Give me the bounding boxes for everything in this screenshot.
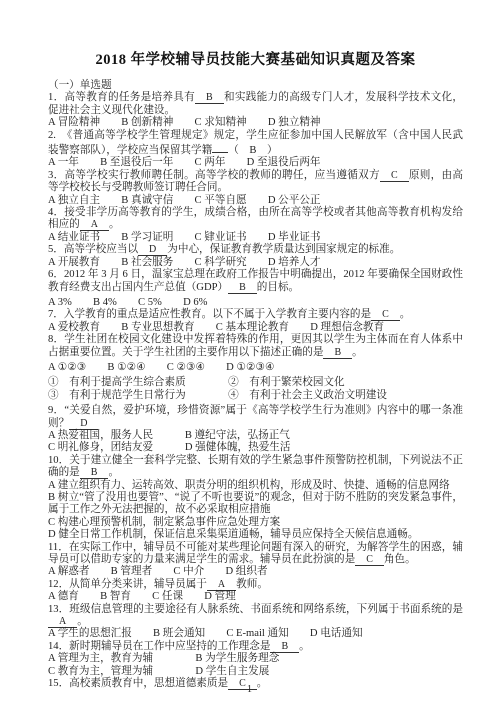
question-text: 14．新时期辅导员在工作中应坚持的工作理念是 — [48, 641, 270, 652]
question-3-options: A 独立自主 B 真诚守信 C 平等自愿 D 公平公正 — [48, 195, 463, 207]
question-8-items-2: ③ 有利于规范学生日常行为 ④ 有利于社会主义政治文明建设 — [48, 390, 463, 402]
section-heading: （一）单选题 — [48, 80, 463, 92]
answer-underline: C — [371, 309, 400, 321]
question-4-options: A 结业证书 B 学习证明 C 肄业证书 D 毕业证书 — [48, 232, 463, 244]
question-2: 2. 《普通高等学校学生管理规定》规定，学生应征参加中国人民解放军（含中国人民武… — [48, 130, 463, 170]
question-8-text: 8．学生社团在校园文化建设中发挥着特殊的作用，更因其以学生为主体而在育人体系中占… — [48, 334, 463, 359]
question-10-option-a: A 建立组织有力、运转高效、职责分明的组织机构，形成及时、快捷、通畅的信息网络 — [48, 480, 463, 492]
question-11: 11．在实际工作中，辅导员不可能对某些理论问题有深入的研究，为解答学生的困惑，辅… — [48, 542, 463, 579]
question-12-text: 12．从简单分类来讲，辅导员属于A教师。 — [48, 579, 463, 591]
question-8-options: A ①②③ B ①②④ C ②③④ D ①②③④ — [48, 362, 463, 374]
answer-underline: B — [323, 347, 352, 359]
question-1: 1．高等教育的任务是培养具有B和实践能力的高级专门人才，发展科学技术文化，促进社… — [48, 92, 463, 129]
document-page: 2018 年学校辅导员技能大赛基础知识真题及答案 （一）单选题 1．高等教育的任… — [0, 0, 499, 706]
question-8: 8．学生社团在校园文化建设中发挥着特殊的作用，更因其以学生为主体而在育人体系中占… — [48, 334, 463, 402]
question-10-text: 10．关于建立健全一套科学完整、长期有效的学生紧急事件预警防控机制，下列说法不正… — [48, 455, 463, 480]
question-1-text: 1．高等教育的任务是培养具有B和实践能力的高级专门人才，发展科学技术文化，促进社… — [48, 92, 463, 117]
question-12-options: A 德育 B 智育 C 任课 D 管理 — [48, 591, 463, 603]
question-text: 的目标。 — [257, 282, 299, 293]
answer-underline: B — [228, 282, 257, 294]
question-text: 。 — [400, 309, 411, 320]
exam-title: 2018 年学校辅导员技能大赛基础知识真题及答案 — [48, 52, 463, 69]
question-8-items-1: ① 有利于提高学生综合素质 ② 有利于繁荣校园文化 — [48, 377, 463, 389]
question-10-option-c: C 构建心理预警机制，制定紧急事件应急处理方案 — [48, 517, 463, 529]
question-text: 5．高等学校应当以 — [48, 244, 138, 255]
document-content: 2018 年学校辅导员技能大赛基础知识真题及答案 （一）单选题 1．高等教育的任… — [48, 52, 463, 691]
question-7-options: A 爱校教育 B 专业思想教育 C 基本理论教育 D 理想信念教育 — [48, 322, 463, 334]
question-4: 4．接受非学历高等教育的学生，成绩合格，由所在高等学校或者其他高等教育机构发给相… — [48, 207, 463, 244]
question-7-text: 7．入学教育的重点是适应性教育。以下不属于入学教育主要内容的是C。 — [48, 309, 463, 321]
question-1-options: A 冒险精神 B 创新精神 C 求知精神 D 独立精神 — [48, 117, 463, 129]
question-7: 7．入学教育的重点是适应性教育。以下不属于入学教育主要内容的是C。 A 爱校教育… — [48, 309, 463, 334]
question-13-options: A 学生的思想汇报 B 班会通知 C E-mail 通知 D 电话通知 — [48, 628, 463, 640]
question-9-text: 9．“关爱自然，爱护环境，珍惜资源”属于《高等学校学生行为准则》内容中的哪一条准… — [48, 405, 463, 430]
question-text: 1．高等教育的任务是培养具有 — [48, 92, 195, 103]
question-text: 13．班级信息管理的主要途径有人脉系统、书面系统和网络系统，下列属于书面系统的是 — [48, 604, 463, 615]
question-12: 12．从简单分类来讲，辅导员属于A教师。 A 德育 B 智育 C 任课 D 管理 — [48, 579, 463, 604]
question-6-text: 6．2012 年 3 月 6 日，温家宝总理在政府工作报告中明确提出，2012 … — [48, 269, 463, 294]
question-9-options-row-2: C 明礼修身，团结友爱 D 强健体魄，热爱生活 — [48, 442, 463, 454]
question-4-text: 4．接受非学历高等教育的学生，成绩合格，由所在高等学校或者其他高等教育机构发给相… — [48, 207, 463, 232]
question-text: 12．从简单分类来讲，辅导员属于 — [48, 579, 207, 590]
question-text: 7．入学教育的重点是适应性教育。以下不属于入学教育主要内容的是 — [48, 309, 371, 320]
question-text: 教师。 — [236, 579, 268, 590]
question-14: 14．新时期辅导员在工作中应坚持的工作理念是B。 A 管理为主，教育为辅 B 为… — [48, 641, 463, 678]
question-text: 为中心，保证教育教学质量达到国家规定的标准。 — [167, 244, 400, 255]
question-11-options: A 解惑者 B 管理者 C 中介 D 组织者 — [48, 566, 463, 578]
question-text: 角色。 — [384, 554, 416, 565]
answer-underline: C — [355, 554, 384, 566]
question-5-options: A 开展教育 B 社会服务 C 科学研究 D 培养人才 — [48, 257, 463, 269]
answer-blank — [212, 142, 228, 153]
answer-underline: D — [138, 244, 167, 256]
answer-underline: A — [207, 579, 236, 591]
question-10-option-d: D 健全日常工作机制，保证信息采集渠道通畅，辅导员应保持全天候信息通畅。 — [48, 529, 463, 541]
answer-underline: B — [270, 641, 299, 653]
question-6: 6．2012 年 3 月 6 日，温家宝总理在政府工作报告中明确提出，2012 … — [48, 269, 463, 309]
answer-underline: B — [80, 467, 109, 479]
question-14-options-row-2: C 教育为主，管理为辅 D 学生自主发展 — [48, 666, 463, 678]
question-3: 3．高等学校实行教师聘任制。高等学校的教师的聘任，应当遵循双方C原则，由高等学校… — [48, 170, 463, 207]
question-text: 3．高等学校实行教师聘任制。高等学校的教师的聘任，应当遵循双方 — [48, 170, 380, 181]
question-14-options-row-1: A 管理为主，教育为辅 B 为学生服务理念 — [48, 653, 463, 665]
question-text: 8．学生社团在校园文化建设中发挥着特殊的作用，更因其以学生为主体而在育人体系中占… — [48, 334, 463, 357]
question-13: 13．班级信息管理的主要途径有人脉系统、书面系统和网络系统，下列属于书面系统的是… — [48, 604, 463, 641]
answer-underline: D — [69, 418, 98, 430]
question-2-text: 2. 《普通高等学校学生管理规定》规定，学生应征参加中国人民解放军（含中国人民武… — [48, 130, 463, 158]
question-text: 。 — [109, 219, 120, 230]
question-14-text: 14．新时期辅导员在工作中应坚持的工作理念是B。 — [48, 641, 463, 653]
answer-underline: A — [48, 616, 77, 628]
question-5-text: 5．高等学校应当以D为中心，保证教育教学质量达到国家规定的标准。 — [48, 244, 463, 256]
question-text: 。 — [352, 347, 363, 358]
question-text: 。 — [299, 641, 310, 652]
answer-underline: B — [195, 92, 224, 104]
question-text: （ B ） — [228, 145, 277, 156]
question-text: 。 — [108, 467, 119, 478]
answer-underline: C — [380, 170, 409, 182]
question-text: 。 — [77, 616, 88, 627]
question-2-options: A 一年 B 至退役后一年 C 两年 D 至退役后两年 — [48, 157, 463, 169]
question-13-text: 13．班级信息管理的主要途径有人脉系统、书面系统和网络系统，下列属于书面系统的是… — [48, 604, 463, 629]
question-5: 5．高等学校应当以D为中心，保证教育教学质量达到国家规定的标准。 A 开展教育 … — [48, 244, 463, 269]
question-3-text: 3．高等学校实行教师聘任制。高等学校的教师的聘任，应当遵循双方C原则，由高等学校… — [48, 170, 463, 195]
answer-underline: A — [80, 219, 109, 231]
question-9-options-row-1: A 热爱祖国，服务人民 B 遵纪守法，弘扬正气 — [48, 430, 463, 442]
page-number: 1 — [0, 684, 499, 695]
question-10: 10．关于建立健全一套科学完整、长期有效的学生紧急事件预警防控机制，下列说法不正… — [48, 455, 463, 542]
question-10-option-b: B 树立“管了没用也要管”、“说了不听也要说”的观念，但对于防不胜防的突发紧急事… — [48, 492, 463, 517]
question-text: 9．“关爱自然，爱护环境，珍惜资源”属于《高等学校学生行为准则》内容中的哪一条准… — [48, 405, 463, 428]
question-6-options: A 3% B 4% C 5% D 6% — [48, 297, 463, 309]
question-11-text: 11．在实际工作中，辅导员不可能对某些理论问题有深入的研究，为解答学生的困惑，辅… — [48, 542, 463, 567]
question-9: 9．“关爱自然，爱护环境，珍惜资源”属于《高等学校学生行为准则》内容中的哪一条准… — [48, 405, 463, 455]
